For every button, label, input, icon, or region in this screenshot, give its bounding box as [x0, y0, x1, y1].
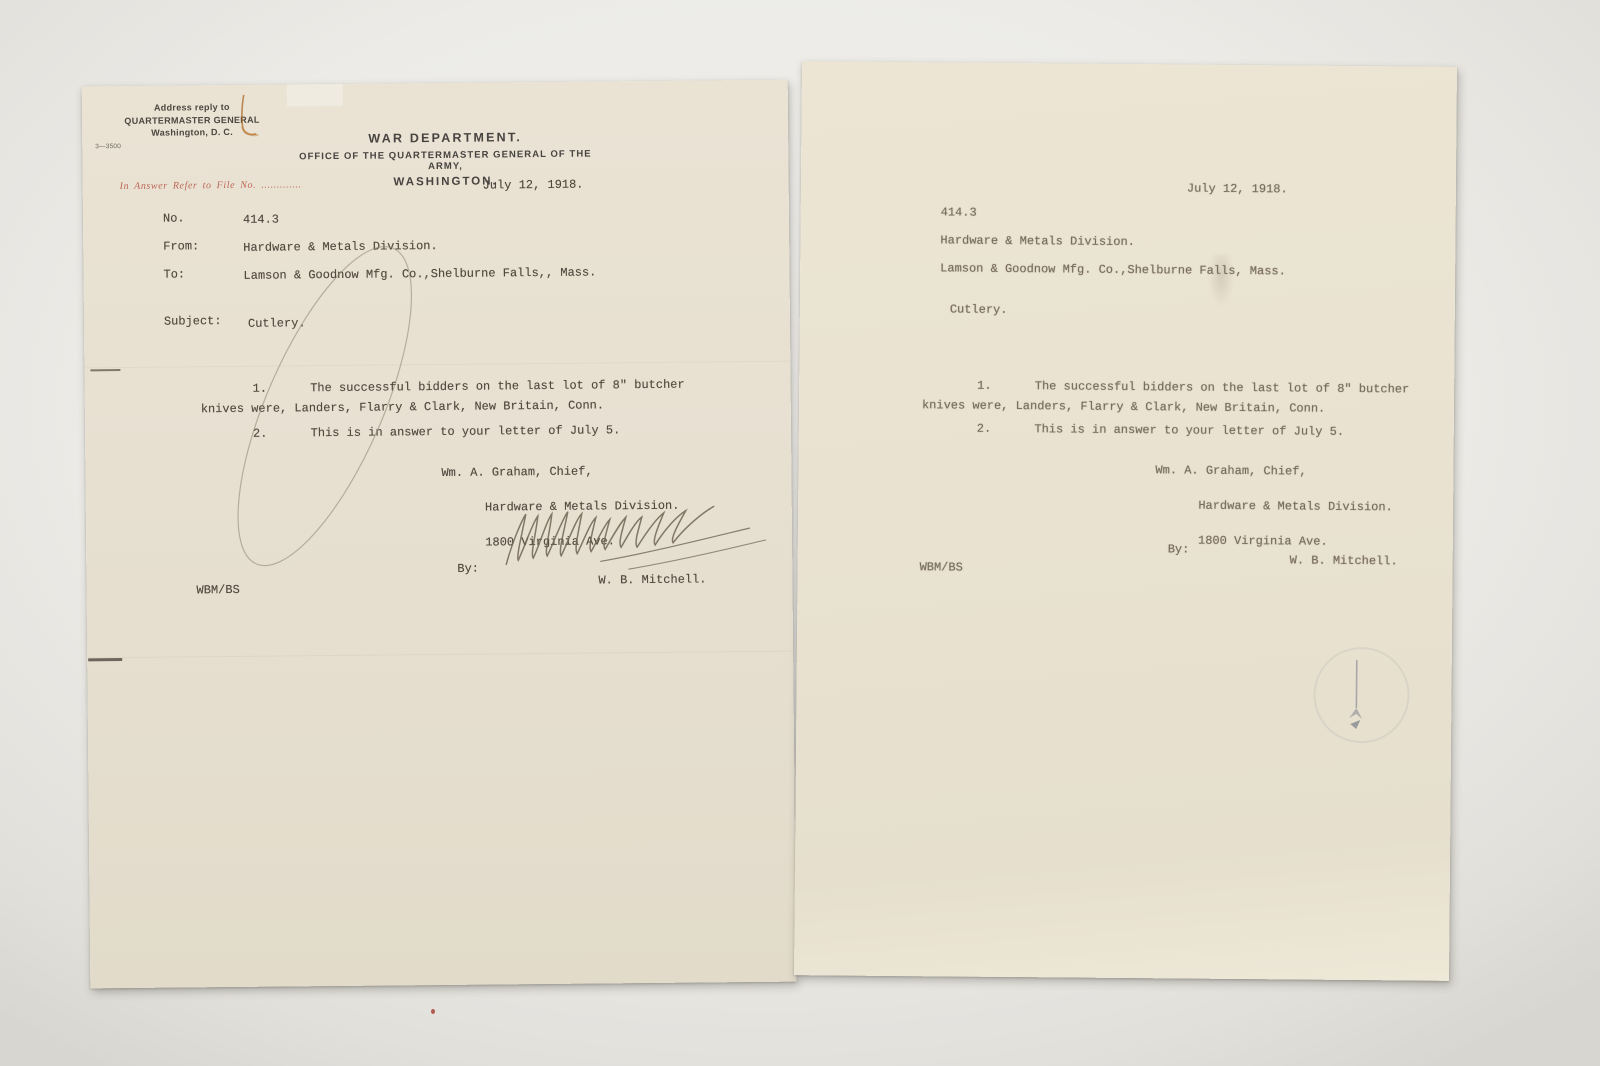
carbon-signed-name: W. B. Mitchell.	[1290, 553, 1398, 568]
carbon-by-label: By:	[1168, 542, 1190, 556]
carbon-signature-block-line-3: 1800 Virginia Ave.	[1198, 534, 1328, 549]
carbon-from-line: Hardware & Metals Division.	[940, 233, 1135, 249]
ink-smudge-stain	[1208, 255, 1234, 307]
faint-stamp-arrow-mark	[1336, 656, 1377, 736]
red-speck-on-surface	[431, 1009, 435, 1014]
edge-pencil-dash-lower	[88, 658, 122, 661]
letter-carbon-copy-page: July 12, 1918. 414.3 Hardware & Metals D…	[794, 61, 1457, 981]
pencil-oval-annotation	[82, 80, 797, 989]
photo-of-letters: Address reply to QUARTERMASTER GENERAL W…	[0, 0, 1600, 1066]
carbon-subject-line: Cutlery.	[950, 302, 1008, 317]
carbon-body-paragraph-2: 2. This is in answer to your letter of J…	[977, 422, 1344, 439]
carbon-date-line: July 12, 1918.	[1187, 182, 1288, 197]
carbon-file-number: 414.3	[941, 205, 977, 219]
edge-pencil-dash-upper	[90, 369, 120, 371]
carbon-signature-block-line-1: Wm. A. Graham, Chief,	[1155, 463, 1306, 478]
carbon-typist-initials: WBM/BS	[920, 560, 963, 574]
carbon-body-paragraph-1-line-2: knives were, Landers, Flarry & Clark, Ne…	[922, 398, 1325, 416]
carbon-body-paragraph-1-line-1: 1. The successful bidders on the last lo…	[977, 379, 1409, 397]
carbon-signature-block-line-2: Hardware & Metals Division.	[1198, 499, 1393, 515]
letter-original-page: Address reply to QUARTERMASTER GENERAL W…	[82, 80, 797, 989]
